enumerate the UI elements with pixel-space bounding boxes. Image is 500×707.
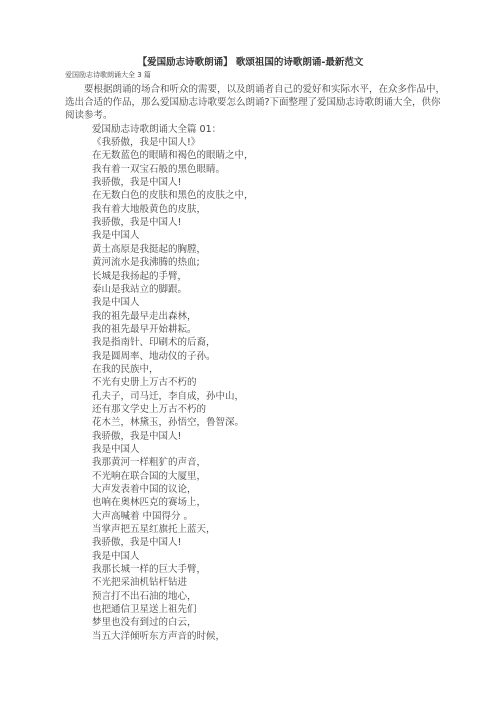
poem-line: 我的祖先最早走出森林，	[92, 310, 436, 323]
poem-line: 我有着大地般黄色的皮肤，	[92, 203, 436, 216]
poem-line: 大声发表着中国的议论，	[92, 483, 436, 496]
poem-line: 我骄傲，我是中国人!	[92, 430, 436, 443]
poem-line: 不光有史册上万古不朽的	[92, 376, 436, 389]
poem-line: 花木兰，林黛玉，孙悟空，鲁智深。	[92, 416, 436, 429]
intro-line: 要根据朗诵的场合和听众的需要，以及朗诵者自己的爱好和实际水平，在众多作品中，	[65, 83, 436, 96]
poem-line: 也响在奥林匹克的赛场上，	[92, 496, 436, 509]
poem-line: 也把通信卫星送上祖先们	[92, 603, 436, 616]
poem-line: 长城是我扬起的手臂，	[92, 270, 436, 283]
document-content: 【爱国励志诗歌朗诵】 歌颂祖国的诗歌朗诵-最新范文 爱国励志诗歌朗诵大全 3 篇…	[0, 0, 500, 643]
poem-line: 我是中国人	[92, 296, 436, 309]
poem-line: 黄土高原是我挺起的胸膛，	[92, 243, 436, 256]
intro-paragraph: 要根据朗诵的场合和听众的需要，以及朗诵者自己的爱好和实际水平，在众多作品中，选出…	[65, 83, 436, 123]
poem-line: 我是中国人	[92, 550, 436, 563]
poem-line: 当掌声把五星红旗托上蓝天，	[92, 523, 436, 536]
poem-line: 在我的民族中，	[92, 363, 436, 376]
intro-line: 选出合适的作品，那么爱国励志诗歌要怎么朗诵?下面整理了爱国励志诗歌朗诵大全，供你	[65, 96, 436, 109]
poem-body: 在无数蓝色的眼睛和褐色的眼睛之中，我有着一双宝石般的黑色眼睛。我骄傲，我是中国人…	[65, 149, 436, 643]
poem-line: 我是中国人	[92, 229, 436, 242]
poem-line: 不光把采油机钻杆钻进	[92, 576, 436, 589]
poem-line: 预言打不出石油的地心，	[92, 590, 436, 603]
document-title: 【爱国励志诗歌朗诵】 歌颂祖国的诗歌朗诵-最新范文	[65, 56, 436, 69]
poem-line: 我骄傲，我是中国人!	[92, 176, 436, 189]
poem-line: 黄河流水是我沸腾的热血;	[92, 256, 436, 269]
poem-title: 《我骄傲，我是中国人!》	[92, 136, 436, 149]
poem-line: 还有那文学史上万古不朽的	[92, 403, 436, 416]
poem-line: 我骄傲，我是中国人!	[92, 216, 436, 229]
poem-line: 在无数白色的皮肤和黑色的皮肤之中，	[92, 189, 436, 202]
poem-line: 在无数蓝色的眼睛和褐色的眼睛之中，	[92, 149, 436, 162]
poem-line: 泰山是我站立的脚跟。	[92, 283, 436, 296]
section-heading: 爱国励志诗歌朗诵大全篇 01：	[92, 123, 436, 136]
poem-line: 孔夫子，司马迁，李自成，孙中山，	[92, 390, 436, 403]
document-page: 【爱国励志诗歌朗诵】 歌颂祖国的诗歌朗诵-最新范文 爱国励志诗歌朗诵大全 3 篇…	[0, 0, 500, 707]
poem-line: 我的祖先最早开始耕耘。	[92, 323, 436, 336]
poem-line: 我那长城一样的巨大手臂，	[92, 563, 436, 576]
poem-line: 我是指南针、印刷术的后裔，	[92, 336, 436, 349]
poem-line: 我是圆周率、地动仪的子孙。	[92, 350, 436, 363]
poem-line: 我有着一双宝石般的黑色眼睛。	[92, 163, 436, 176]
document-subtitle: 爱国励志诗歌朗诵大全 3 篇	[65, 69, 436, 82]
poem-line: 当五大洋倾听东方声音的时候，	[92, 630, 436, 643]
poem-line: 梦里也没有到过的白云，	[92, 616, 436, 629]
poem-line: 我是中国人	[92, 443, 436, 456]
poem-line: 我那黄河一样粗犷的声音，	[92, 456, 436, 469]
poem-line: 大声高喊着 中国得分 。	[92, 510, 436, 523]
poem-line: 不光响在联合国的大厦里，	[92, 470, 436, 483]
intro-line: 阅读参考。	[65, 109, 436, 122]
poem-line: 我骄傲，我是中国人!	[92, 536, 436, 549]
